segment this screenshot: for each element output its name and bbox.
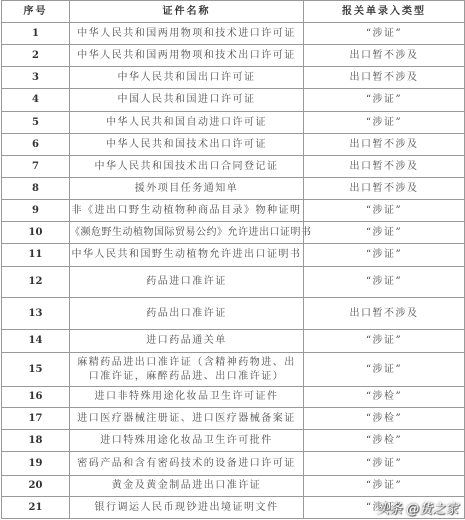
watermark: 头条 @货之家 <box>376 498 458 517</box>
certificate-name: 密码产品和含有密码技术的设备进口许可证 <box>70 452 304 476</box>
table-row: 15麻精药品进出口准许证（含精神药物进、出口准许证，麻醉药品进、出口准许证）“涉… <box>2 353 465 387</box>
entry-type: 出口暂不涉及 <box>304 134 465 156</box>
entry-type: “涉证” <box>304 476 465 497</box>
entry-type: “涉证” <box>304 452 465 476</box>
certificate-name: 中华人民共和国技术出口合同登记证 <box>70 156 304 178</box>
certificate-name: 中华人民共和国两用物项和技术出口许可证 <box>70 45 304 67</box>
table-row: 20黄金及黄金制品进出口准许证“涉证” <box>2 476 465 497</box>
entry-type: “涉证” <box>304 244 465 267</box>
serial-number: 11 <box>2 244 70 267</box>
certificate-name: 中华人民共和国两用物项和技术进口许可证 <box>70 23 304 45</box>
certificate-name: 中华人民共和国出口许可证 <box>70 67 304 89</box>
certificate-table: 序号 证件名称 报关单录入类型 1中华人民共和国两用物项和技术进口许可证“涉证”… <box>1 0 465 519</box>
header-serial-no: 序号 <box>2 1 70 23</box>
entry-type: “涉证” <box>304 222 465 244</box>
entry-type: 出口暂不涉及 <box>304 178 465 200</box>
certificate-name: 药品进口准许证 <box>70 267 304 298</box>
serial-number: 14 <box>2 330 70 353</box>
serial-number: 3 <box>2 67 70 89</box>
header-row: 序号 证件名称 报关单录入类型 <box>2 1 465 23</box>
certificate-name: 进口医疗器械注册证、进口医疗器械备案证 <box>70 408 304 430</box>
certificate-name: 援外项目任务通知单 <box>70 178 304 200</box>
entry-type: 出口暂不涉及 <box>304 298 465 330</box>
entry-type: “涉证” <box>304 23 465 45</box>
table-row: 1中华人民共和国两用物项和技术进口许可证“涉证” <box>2 23 465 45</box>
serial-number: 9 <box>2 200 70 222</box>
entry-type: “涉证” <box>304 89 465 112</box>
entry-type: “涉证” <box>304 112 465 134</box>
certificate-name: 进口药品通关单 <box>70 330 304 353</box>
serial-number: 16 <box>2 387 70 408</box>
table-row: 13药品出口准许证出口暂不涉及 <box>2 298 465 330</box>
certificate-name: 中华人民共和国自动进口许可证 <box>70 112 304 134</box>
certificate-name: 非《进出口野生动植物种商品目录》物种证明 <box>70 200 304 222</box>
serial-number: 10 <box>2 222 70 244</box>
entry-type: “涉证” <box>304 330 465 353</box>
serial-number: 15 <box>2 353 70 387</box>
serial-number: 8 <box>2 178 70 200</box>
header-certificate-name: 证件名称 <box>70 1 304 23</box>
table-row: 11中华人民共和国野生动植物允许进出口证明书“涉证” <box>2 244 465 267</box>
table-row: 17进口医疗器械注册证、进口医疗器械备案证“涉检” <box>2 408 465 430</box>
certificate-name: 黄金及黄金制品进出口准许证 <box>70 476 304 497</box>
certificate-name: 进口特殊用途化妆品卫生许可批件 <box>70 430 304 452</box>
table-row: 4中国人民共和国进口许可证“涉证” <box>2 89 465 112</box>
header-entry-type: 报关单录入类型 <box>304 1 465 23</box>
table-row: 12药品进口准许证“涉证” <box>2 267 465 298</box>
table-row: 18进口特殊用途化妆品卫生许可批件“涉检” <box>2 430 465 452</box>
serial-number: 21 <box>2 497 70 519</box>
serial-number: 6 <box>2 134 70 156</box>
serial-number: 18 <box>2 430 70 452</box>
table-row: 8援外项目任务通知单出口暂不涉及 <box>2 178 465 200</box>
table-row: 6中华人民共和国技术出口许可证出口暂不涉及 <box>2 134 465 156</box>
certificate-name: 银行调运人民币现钞进出境证明文件 <box>70 497 304 519</box>
table-row: 19密码产品和含有密码技术的设备进口许可证“涉证” <box>2 452 465 476</box>
serial-number: 5 <box>2 112 70 134</box>
table-row: 16进口非特殊用途化妆品卫生许可证件“涉检” <box>2 387 465 408</box>
entry-type: 出口暂不涉及 <box>304 67 465 89</box>
table-row: 7中华人民共和国技术出口合同登记证出口暂不涉及 <box>2 156 465 178</box>
certificate-name: 麻精药品进出口准许证（含精神药物进、出口准许证，麻醉药品进、出口准许证） <box>70 353 304 387</box>
certificate-name: 《濒危野生动植物国际贸易公约》允许进出口证明书 <box>70 222 304 244</box>
entry-type: “涉证” <box>304 267 465 298</box>
entry-type: “涉检” <box>304 408 465 430</box>
table-row: 9非《进出口野生动植物种商品目录》物种证明“涉证” <box>2 200 465 222</box>
entry-type: “涉证” <box>304 200 465 222</box>
table-row: 10《濒危野生动植物国际贸易公约》允许进出口证明书“涉证” <box>2 222 465 244</box>
entry-type: 出口暂不涉及 <box>304 45 465 67</box>
serial-number: 7 <box>2 156 70 178</box>
serial-number: 17 <box>2 408 70 430</box>
entry-type: 出口暂不涉及 <box>304 156 465 178</box>
certificate-name: 中华人民共和国技术出口许可证 <box>70 134 304 156</box>
serial-number: 4 <box>2 89 70 112</box>
certificate-name: 进口非特殊用途化妆品卫生许可证件 <box>70 387 304 408</box>
table-row: 14进口药品通关单“涉证” <box>2 330 465 353</box>
entry-type: “涉检” <box>304 430 465 452</box>
entry-type: “涉证” <box>304 353 465 387</box>
serial-number: 2 <box>2 45 70 67</box>
certificate-name: 中国人民共和国进口许可证 <box>70 89 304 112</box>
serial-number: 19 <box>2 452 70 476</box>
certificate-name: 药品出口准许证 <box>70 298 304 330</box>
serial-number: 20 <box>2 476 70 497</box>
serial-number: 1 <box>2 23 70 45</box>
entry-type: “涉检” <box>304 387 465 408</box>
certificate-name: 中华人民共和国野生动植物允许进出口证明书 <box>70 244 304 267</box>
table-row: 5中华人民共和国自动进口许可证“涉证” <box>2 112 465 134</box>
table-row: 3中华人民共和国出口许可证出口暂不涉及 <box>2 67 465 89</box>
serial-number: 13 <box>2 298 70 330</box>
serial-number: 12 <box>2 267 70 298</box>
table-row: 2中华人民共和国两用物项和技术出口许可证出口暂不涉及 <box>2 45 465 67</box>
